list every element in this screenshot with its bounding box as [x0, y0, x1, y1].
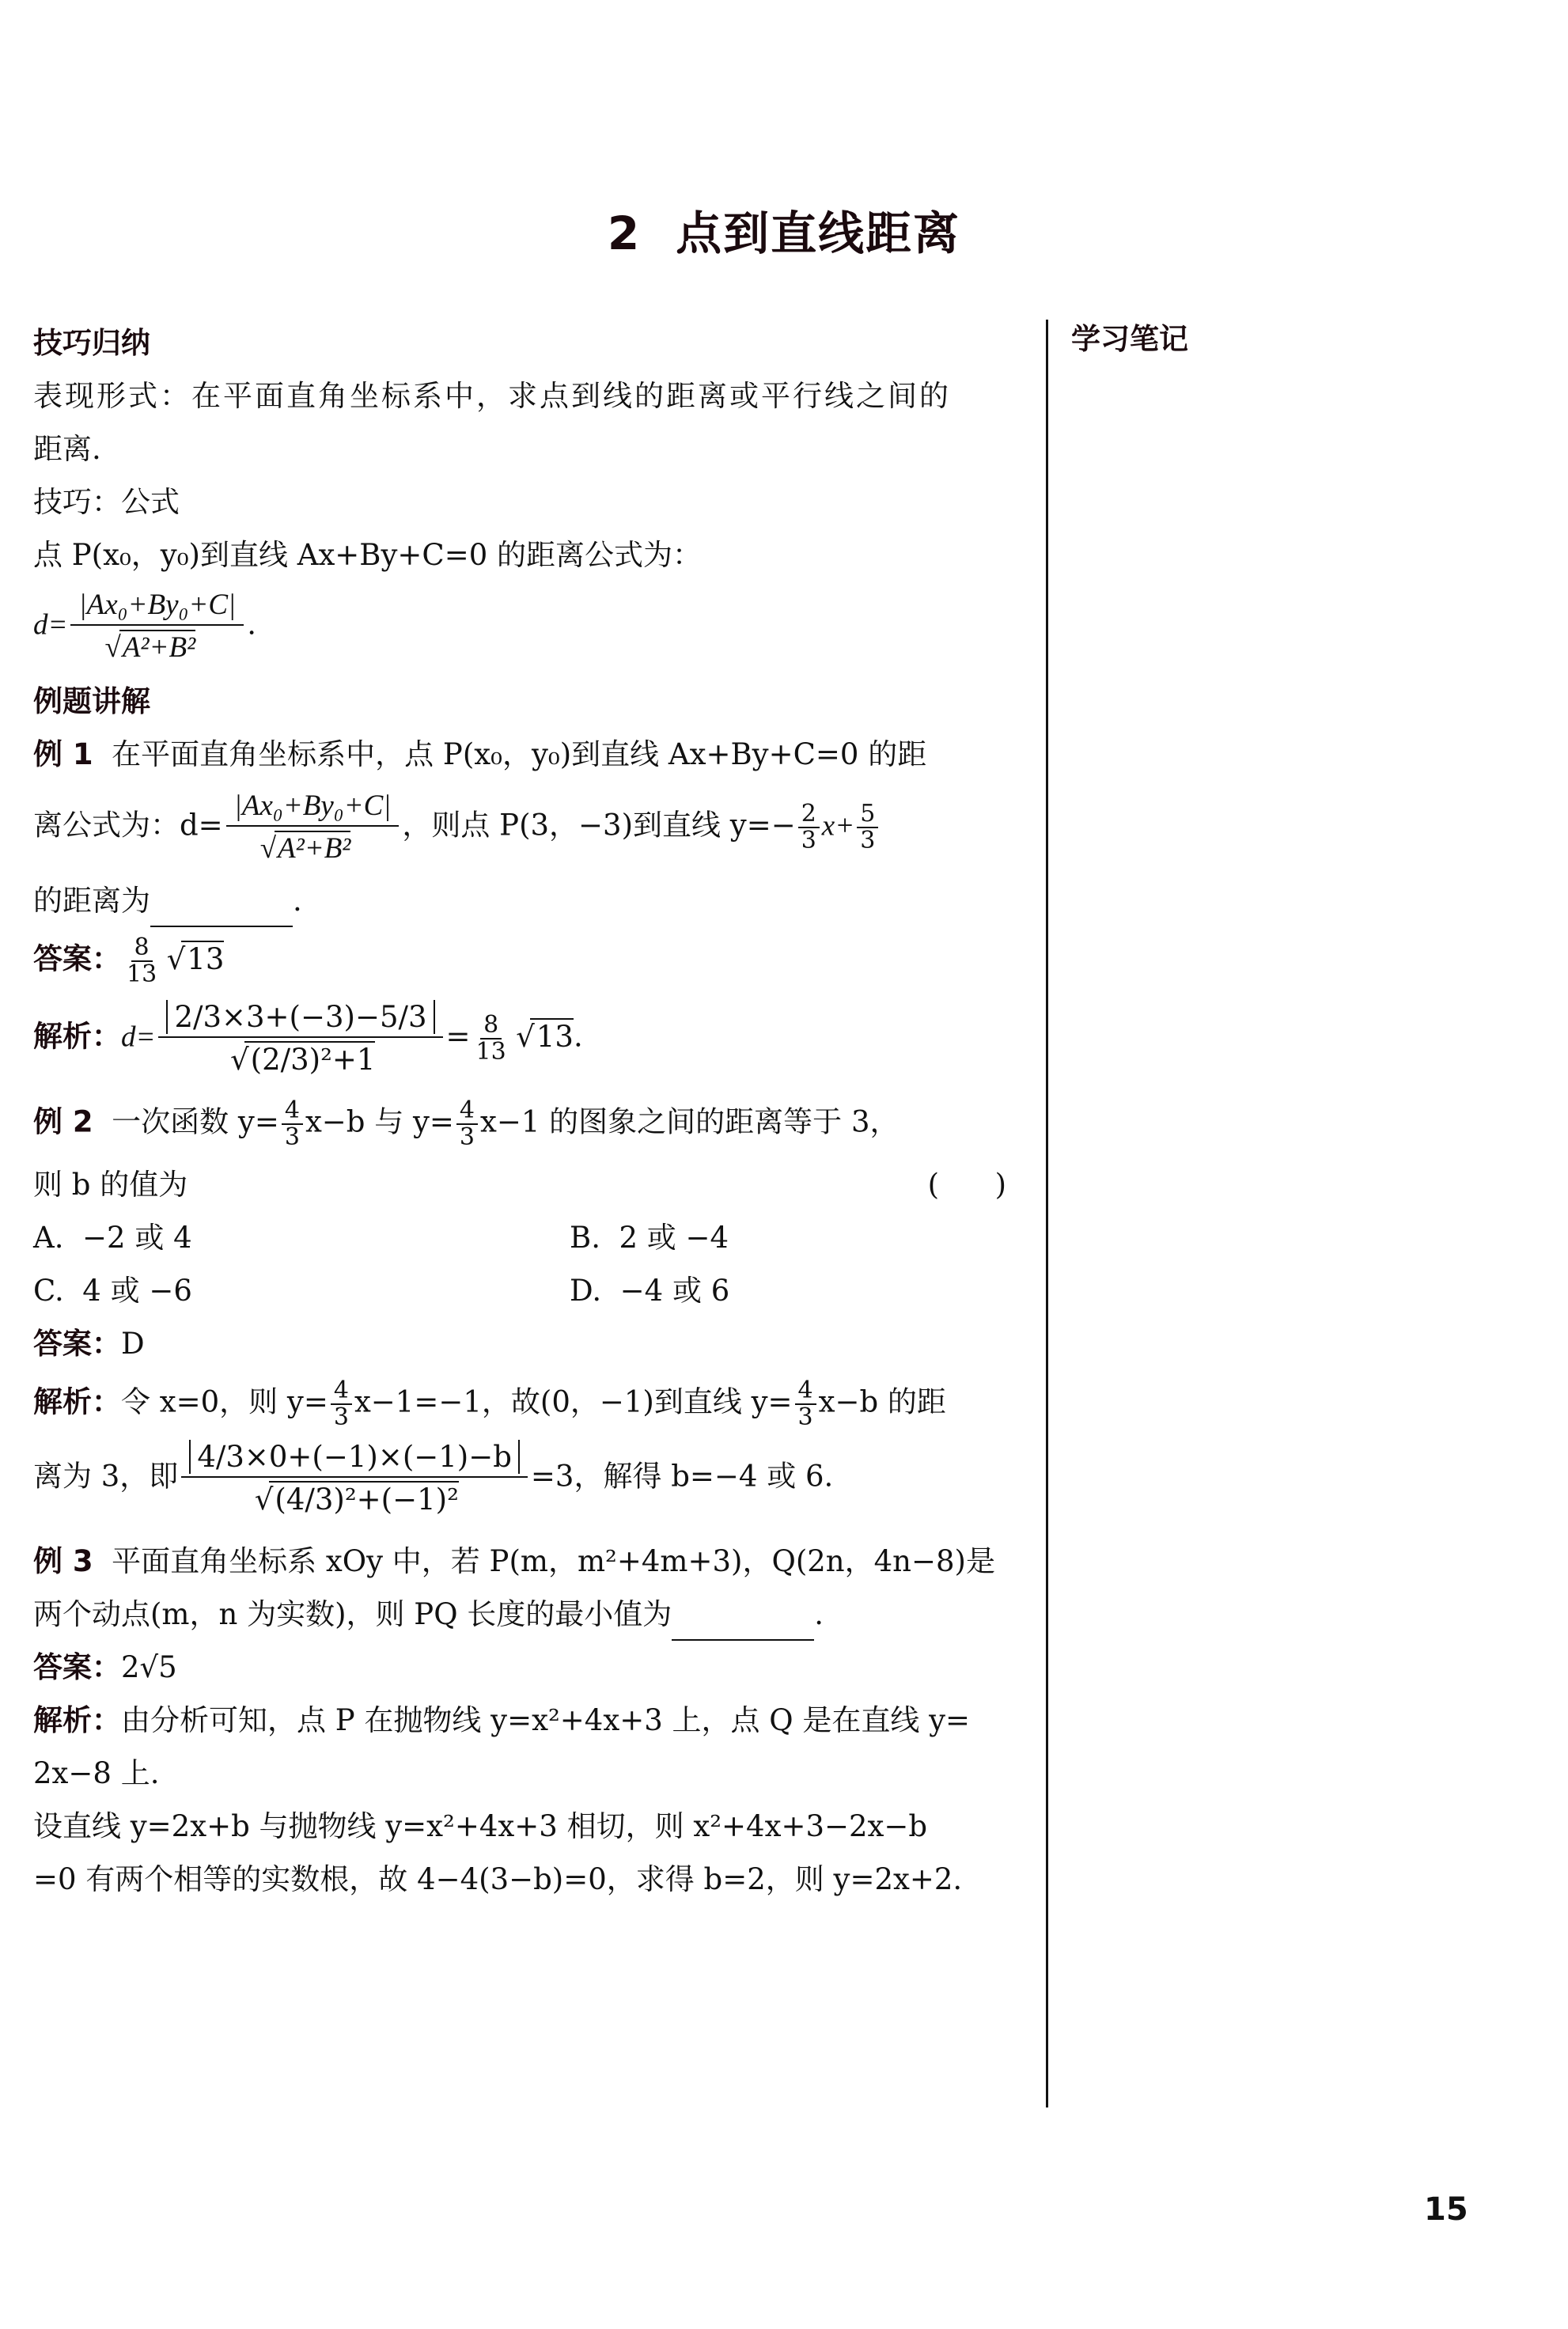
choice-list: A. −2 或 4 B. 2 或 −4 C. 4 或 −6 D. −4 或 6	[33, 1211, 1006, 1317]
main-content: 技巧归纳 表现形式：在平面直角坐标系中，求点到线的距离或平行线之间的 距离. 技…	[33, 316, 1006, 1906]
choice-c: C. 4 或 −6	[33, 1264, 570, 1317]
example-2-line1: 例 2 一次函数 y=43x−b 与 y=43x−1 的图象之间的距离等于 3，	[33, 1098, 1006, 1150]
example-1-line3: 的距离为.	[33, 874, 1006, 927]
example-3-line1: 例 3 平面直角坐标系 xOy 中，若 P(m，m²+4m+3)，Q(2n，4n…	[33, 1535, 1006, 1588]
technique-text: 技巧：公式	[33, 475, 1006, 528]
example-3-solution-line2: 2x−8 上.	[33, 1747, 1006, 1800]
example-2-line2: 则 b 的值为( )	[33, 1158, 1006, 1211]
formula-intro: 点 P(x₀，y₀)到直线 Ax+By+C=0 的距离公式为：	[33, 528, 1006, 581]
examples-heading: 例题讲解	[33, 675, 1006, 728]
formula-fraction: |Ax₀+By₀+C|A²+B²	[70, 586, 244, 667]
form-text-line2: 距离.	[33, 422, 1006, 475]
answer-blank	[672, 1609, 814, 1641]
example-3-line2: 两个动点(m，n 为实数)，则 PQ 长度的最小值为.	[33, 1588, 1006, 1641]
distance-formula: d=|Ax₀+By₀+C|A²+B².	[33, 586, 1006, 667]
form-text-line1: 表现形式：在平面直角坐标系中，求点到线的距离或平行线之间的	[33, 369, 1006, 422]
textbook-page: 2点到直线距离 学习笔记 技巧归纳 表现形式：在平面直角坐标系中，求点到线的距离…	[0, 0, 1568, 2329]
section-title-text: 点到直线距离	[676, 206, 960, 260]
answer-blank	[150, 896, 293, 927]
example-3-solution-line1: 解析：由分析可知，点 P 在抛物线 y=x²+4x+3 上，点 Q 是在直线 y…	[33, 1694, 1006, 1747]
choice-a: A. −2 或 4	[33, 1211, 570, 1264]
example-2: 例 2 一次函数 y=43x−b 与 y=43x−1 的图象之间的距离等于 3，…	[33, 1098, 1006, 1519]
example-1-line1: 例 1 在平面直角坐标系中，点 P(x₀，y₀)到直线 Ax+By+C=0 的距	[33, 728, 1006, 781]
choice-b: B. 2 或 −4	[570, 1211, 965, 1264]
section-title: 2点到直线距离	[0, 196, 1568, 263]
example-3: 例 3 平面直角坐标系 xOy 中，若 P(m，m²+4m+3)，Q(2n，4n…	[33, 1535, 1006, 1906]
example-1-label: 例 1	[33, 737, 93, 771]
skills-heading: 技巧归纳	[33, 316, 1006, 369]
example-3-label: 例 3	[33, 1544, 93, 1578]
choice-d: D. −4 或 6	[570, 1264, 965, 1317]
example-3-solution-line3: 设直线 y=2x+b 与抛物线 y=x²+4x+3 相切，则 x²+4x+3−2…	[33, 1800, 1006, 1853]
study-notes-label: 学习笔记	[1071, 315, 1188, 358]
example-1-line2: 离公式为：d=|Ax₀+By₀+C|A²+B²，则点 P(3，−3)到直线 y=…	[33, 787, 1006, 868]
column-divider	[1046, 320, 1048, 2107]
example-2-solution-line1: 解析：令 x=0，则 y=43x−1=−1，故(0，−1)到直线 y=43x−b…	[33, 1378, 1006, 1430]
example-1-answer: 答案：813 13	[33, 935, 1006, 987]
section-number: 2	[608, 206, 641, 260]
answer-paren: ( )	[928, 1158, 1006, 1211]
example-2-label: 例 2	[33, 1105, 93, 1139]
example-2-solution-line2: 离为 3，即4/3×0+(−1)×(−1)−b (4/3)²+(−1)²=3，解…	[33, 1438, 1006, 1519]
example-2-answer: 答案：D	[33, 1317, 1006, 1370]
example-3-answer: 答案：2√5	[33, 1641, 1006, 1694]
example-1: 例 1 在平面直角坐标系中，点 P(x₀，y₀)到直线 Ax+By+C=0 的距…	[33, 728, 1006, 1079]
skills-section: 技巧归纳 表现形式：在平面直角坐标系中，求点到线的距离或平行线之间的 距离. 技…	[33, 316, 1006, 667]
example-3-solution-line4: =0 有两个相等的实数根，故 4−4(3−b)=0，求得 b=2，则 y=2x+…	[33, 1853, 1006, 1906]
page-number: 15	[1424, 2191, 1468, 2228]
example-1-solution: 解析：d=2/3×3+(−3)−5/3 (2/3)²+1=813 13.	[33, 998, 1006, 1079]
